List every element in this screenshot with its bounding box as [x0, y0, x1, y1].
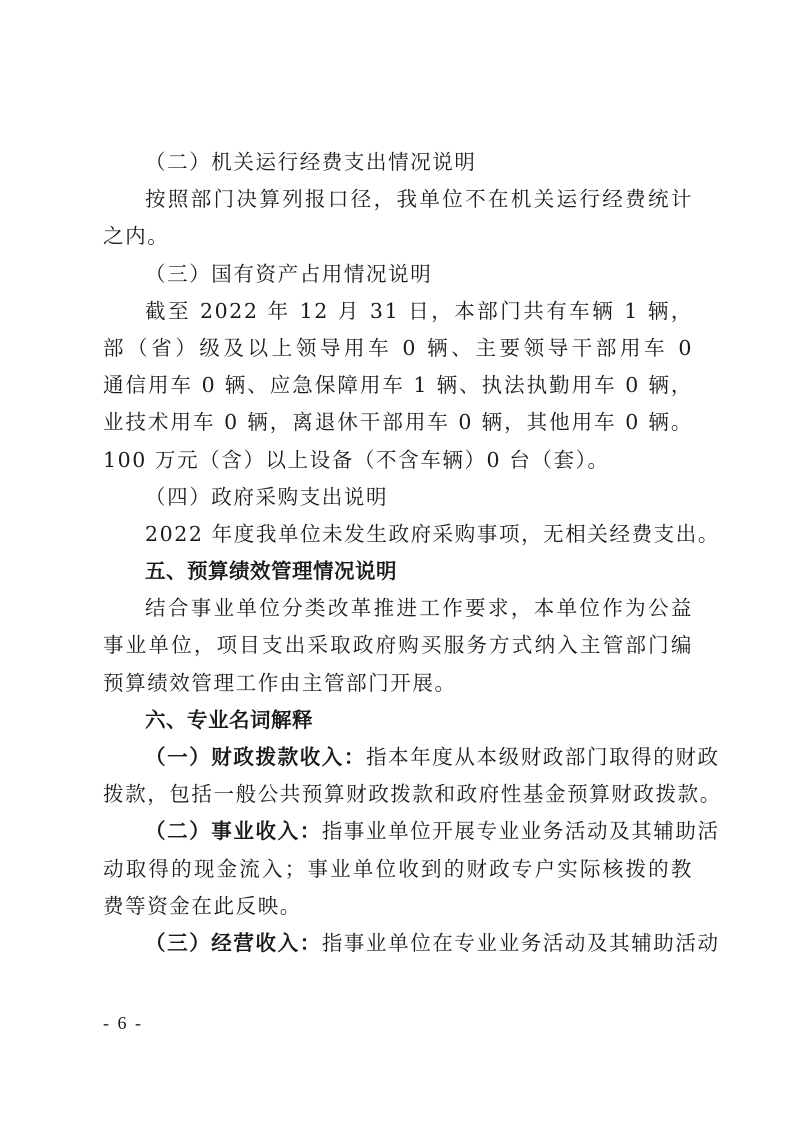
page-number: - 6 -: [103, 1013, 143, 1034]
term-label: （三）经营收入：: [145, 931, 322, 955]
paragraph-line: 事业单位，项目支出采取政府购买服务方式纳入主管部门编制，: [103, 627, 693, 664]
paragraph-line: 结合事业单位分类改革推进工作要求，本单位作为公益二类: [103, 590, 693, 627]
heading-glossary: 六、专业名词解释: [103, 702, 693, 739]
paragraph-line: 费等资金在此反映。: [103, 888, 693, 925]
subheading-state-assets: （三）国有资产占用情况说明: [103, 256, 693, 293]
term-definition: 指事业单位开展专业业务活动及其辅助活: [322, 819, 720, 843]
paragraph-line: 业技术用车 0 辆，离退休干部用车 0 辆，其他用车 0 辆。单价: [103, 404, 693, 441]
term-label: （一）财政拨款收入：: [145, 745, 366, 769]
paragraph-line: 截至 2022 年 12 月 31 日，本部门共有车辆 1 辆，其中，副: [103, 293, 693, 330]
glossary-term-business-income: （二）事业收入：指事业单位开展专业业务活动及其辅助活: [103, 813, 693, 850]
document-page: （二）机关运行经费支出情况说明 按照部门决算列报口径，我单位不在机关运行经费统计…: [103, 144, 693, 962]
paragraph-line: 动取得的现金流入；事业单位收到的财政专户实际核拨的教育收: [103, 851, 693, 888]
subheading-government-procurement: （四）政府采购支出说明: [103, 479, 693, 516]
subheading-office-operating-expenses: （二）机关运行经费支出情况说明: [103, 144, 693, 181]
paragraph-line: 按照部门决算列报口径，我单位不在机关运行经费统计范围: [103, 181, 693, 218]
paragraph-line: 2022 年度我单位未发生政府采购事项，无相关经费支出。: [103, 516, 693, 553]
paragraph-line: 100 万元（含）以上设备（不含车辆）0 台（套）。: [103, 442, 693, 479]
term-definition: 指本年度从本级财政部门取得的财政: [366, 745, 720, 769]
paragraph-line: 预算绩效管理工作由主管部门开展。: [103, 665, 693, 702]
paragraph-line: 通信用车 0 辆、应急保障用车 1 辆、执法执勤用车 0 辆，特种专: [103, 367, 693, 404]
glossary-term-operating-income: （三）经营收入：指事业单位在专业业务活动及其辅助活动: [103, 925, 693, 962]
heading-performance-management: 五、预算绩效管理情况说明: [103, 553, 693, 590]
paragraph-line: 部（省）级及以上领导用车 0 辆、主要领导干部用车 0 辆、机要: [103, 330, 693, 367]
term-label: （二）事业收入：: [145, 819, 322, 843]
glossary-term-fiscal-appropriation: （一）财政拨款收入：指本年度从本级财政部门取得的财政: [103, 739, 693, 776]
paragraph-line: 拨款，包括一般公共预算财政拨款和政府性基金预算财政拨款。: [103, 776, 693, 813]
paragraph-line: 之内。: [103, 218, 693, 255]
term-definition: 指事业单位在专业业务活动及其辅助活动: [322, 931, 720, 955]
